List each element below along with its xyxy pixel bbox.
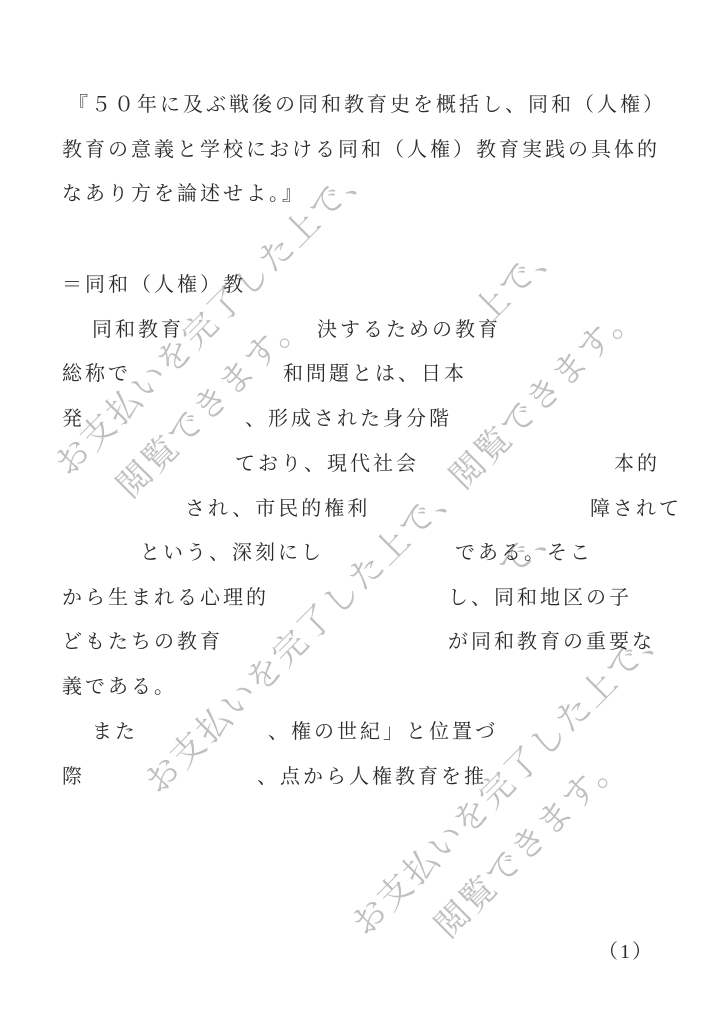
text-line-segment: 教育の意義と学校における同和（人権）教育実践の具体的 bbox=[62, 138, 660, 162]
text-line-segment: 『５０年に及ぶ戦後の同和教育史を概括し、同和（人権） bbox=[68, 93, 666, 117]
text-line-segment: ており、現代社会 bbox=[235, 452, 419, 476]
text-line-segment: 発 bbox=[62, 407, 85, 431]
text-line-segment: 同和教育 bbox=[92, 318, 184, 342]
text-line-segment: 決するための教育 bbox=[317, 318, 501, 342]
text-line-segment: 総称で bbox=[62, 362, 131, 386]
text-line-segment: 、権の世紀」と位置づ bbox=[268, 720, 498, 744]
document-text-layer: 『５０年に及ぶ戦後の同和教育史を概括し、同和（人権）教育の意義と学校における同和… bbox=[0, 0, 725, 1024]
text-line-segment: され、市民的権利 bbox=[185, 497, 370, 521]
text-line-segment: 障されて bbox=[590, 497, 682, 521]
text-line-segment: である。そこ bbox=[455, 541, 593, 565]
text-line-segment: 和問題とは、日本 bbox=[283, 362, 467, 386]
page-number: （1） bbox=[598, 935, 654, 964]
text-line-segment: また bbox=[92, 720, 138, 744]
text-line-segment: という、深刻にし bbox=[140, 541, 324, 565]
text-line-segment: 、形成された身分階 bbox=[245, 407, 452, 431]
text-line-segment: なあり方を論述せよ。』 bbox=[62, 182, 305, 206]
text-line-segment: 際 bbox=[62, 765, 85, 789]
text-line-segment: 義である。 bbox=[62, 675, 177, 699]
text-line-segment: 本的 bbox=[614, 452, 660, 476]
text-line-segment: どもたちの教育 bbox=[62, 630, 223, 654]
text-line-segment: が同和教育の重要な bbox=[448, 630, 655, 654]
document-page: お支払いを完了した上で、閲覧できます。上で、お支払いを完了した上で、閲覧できます… bbox=[0, 0, 725, 1024]
text-line-segment: 、点から人権教育を推 bbox=[257, 765, 487, 789]
text-line-segment: ＝同和（人権）教 bbox=[62, 273, 246, 297]
text-line-segment: し、同和地区の子 bbox=[448, 586, 632, 610]
text-line-segment: から生まれる心理的 bbox=[62, 586, 269, 610]
